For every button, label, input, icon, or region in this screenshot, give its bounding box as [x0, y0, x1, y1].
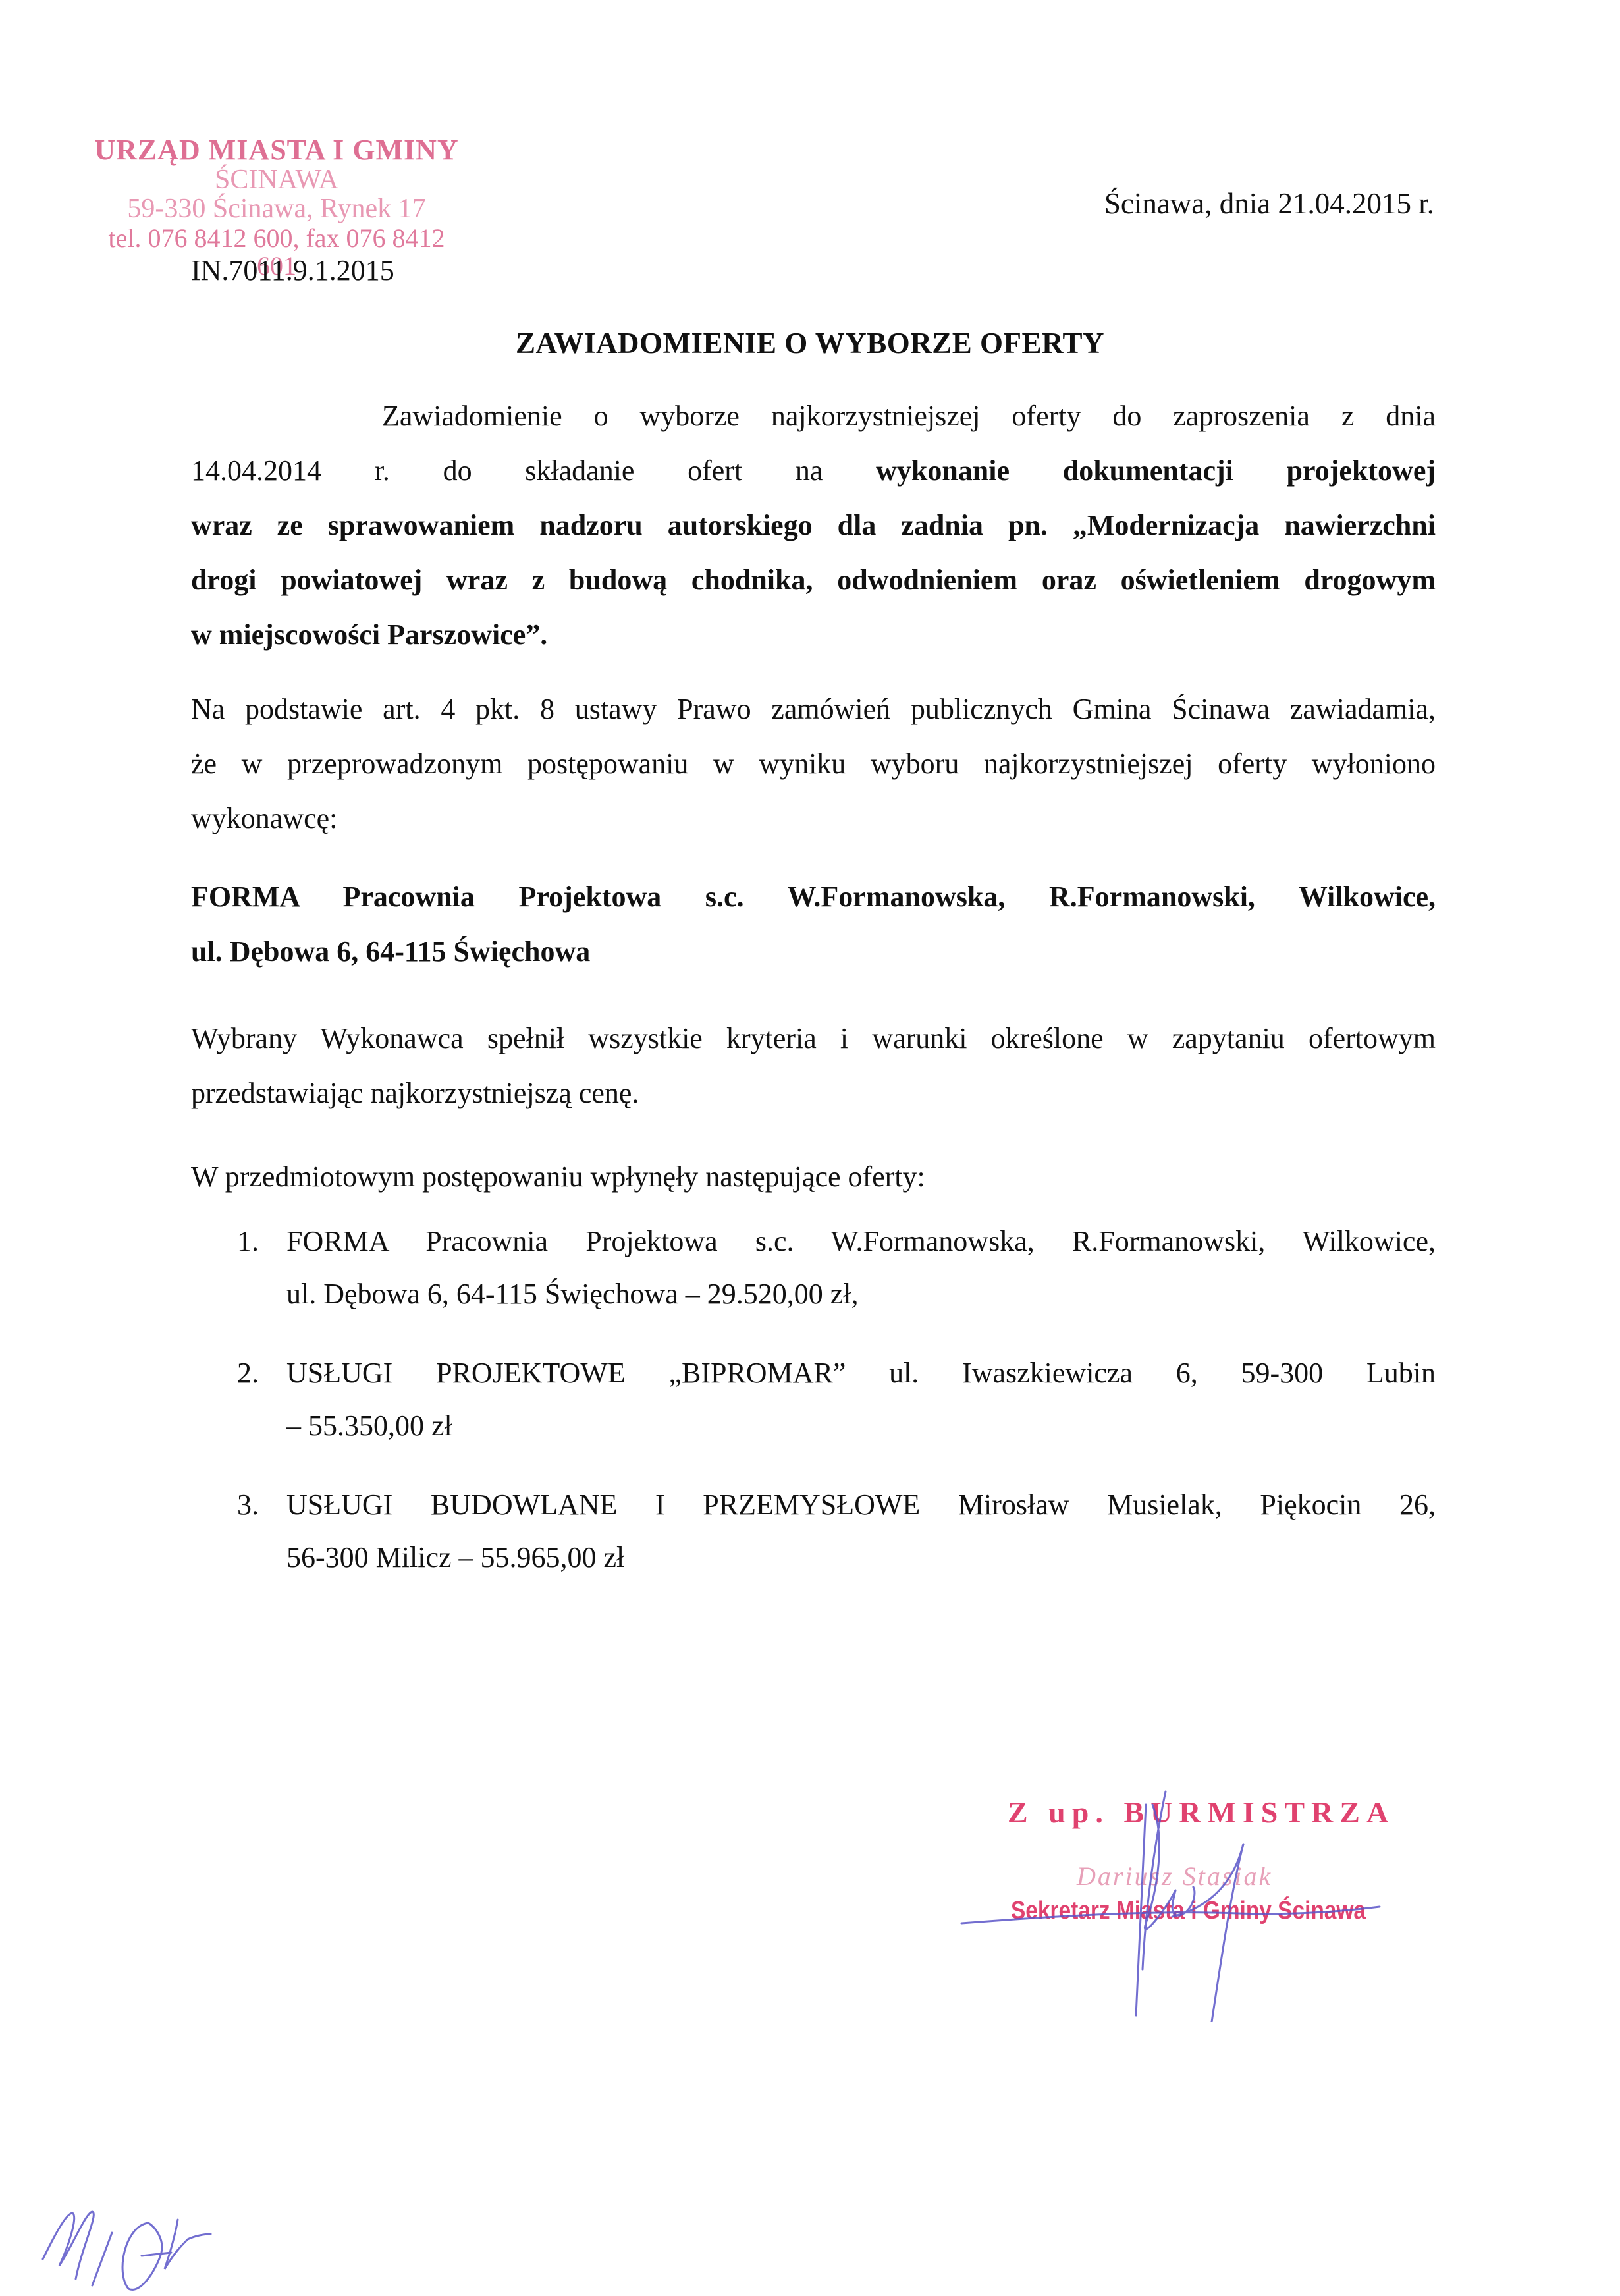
paragraph-line: w miejscowości Parszowice”. [191, 607, 1436, 662]
offer-line: FORMA Pracownia Projektowa s.c. W.Forman… [286, 1215, 1436, 1268]
offers-intro: W przedmiotowym postępowaniu wpłynęły na… [191, 1149, 1436, 1204]
paragraph-notice: Zawiadomienie o wyborze najkorzystniejsz… [191, 389, 1436, 662]
offer-item: 1. FORMA Pracownia Projektowa s.c. W.For… [237, 1215, 1436, 1321]
paragraph-line: 14.04.2014 r. do składanie ofert na wyko… [191, 443, 1436, 498]
offer-line: – 55.350,00 zł [286, 1400, 1436, 1452]
document-title: ZAWIADOMIENIE O WYBORZE OFERTY [0, 326, 1620, 360]
bold-span: wykonanie dokumentacji projektowej [876, 454, 1436, 487]
text-span: 14.04.2014 r. do składanie ofert na [191, 454, 876, 487]
paragraph-justification: Wybrany Wykonawca spełnił wszystkie kryt… [191, 1011, 1436, 1120]
place-date: Ścinawa, dnia 21.04.2015 r. [1104, 186, 1434, 221]
handwritten-initials-icon [40, 2187, 250, 2296]
offer-line: 56-300 Milicz – 55.965,00 zł [286, 1531, 1436, 1584]
paragraph-line: wykonawcę: [191, 791, 1436, 846]
stamp-office-name: URZĄD MIASTA I GMINY [86, 135, 468, 165]
paragraph-line: przedstawiając najkorzystniejszą cenę. [191, 1066, 1436, 1120]
stamp-town: ŚCINAWA [86, 165, 468, 194]
offer-number: 1. [237, 1215, 259, 1268]
offer-line: USŁUGI PROJEKTOWE „BIPROMAR” ul. Iwaszki… [286, 1347, 1436, 1400]
offer-line: USŁUGI BUDOWLANE I PRZEMYSŁOWE Mirosław … [286, 1479, 1436, 1531]
document-page: URZĄD MIASTA I GMINY ŚCINAWA 59-330 Ścin… [0, 0, 1620, 2296]
offers-list: 1. FORMA Pracownia Projektowa s.c. W.For… [237, 1215, 1436, 1584]
selected-contractor: FORMA Pracownia Projektowa s.c. W.Forman… [191, 869, 1436, 979]
paragraph-line: Na podstawie art. 4 pkt. 8 ustawy Prawo … [191, 682, 1436, 736]
stamp-address: 59-330 Ścinawa, Rynek 17 [86, 194, 468, 223]
handwritten-signature-icon [948, 1706, 1409, 2022]
contractor-line: FORMA Pracownia Projektowa s.c. W.Forman… [191, 869, 1436, 924]
offer-number: 3. [237, 1479, 259, 1531]
contractor-line: ul. Dębowa 6, 64-115 Święchowa [191, 924, 1436, 979]
paragraph-legal-basis: Na podstawie art. 4 pkt. 8 ustawy Prawo … [191, 682, 1436, 846]
offer-item: 3. USŁUGI BUDOWLANE I PRZEMYSŁOWE Mirosł… [237, 1479, 1436, 1584]
paragraph-line: Wybrany Wykonawca spełnił wszystkie kryt… [191, 1011, 1436, 1066]
paragraph-line: wraz ze sprawowaniem nadzoru autorskiego… [191, 498, 1436, 553]
reference-number: IN.7011.9.1.2015 [191, 254, 394, 287]
offer-line: ul. Dębowa 6, 64-115 Święchowa – 29.520,… [286, 1268, 1436, 1321]
offer-item: 2. USŁUGI PROJEKTOWE „BIPROMAR” ul. Iwas… [237, 1347, 1436, 1452]
paragraph-line: że w przeprowadzonym postępowaniu w wyni… [191, 736, 1436, 791]
paragraph-line: Zawiadomienie o wyborze najkorzystniejsz… [191, 389, 1436, 443]
paragraph-line: drogi powiatowej wraz z budową chodnika,… [191, 553, 1436, 607]
offer-number: 2. [237, 1347, 259, 1400]
